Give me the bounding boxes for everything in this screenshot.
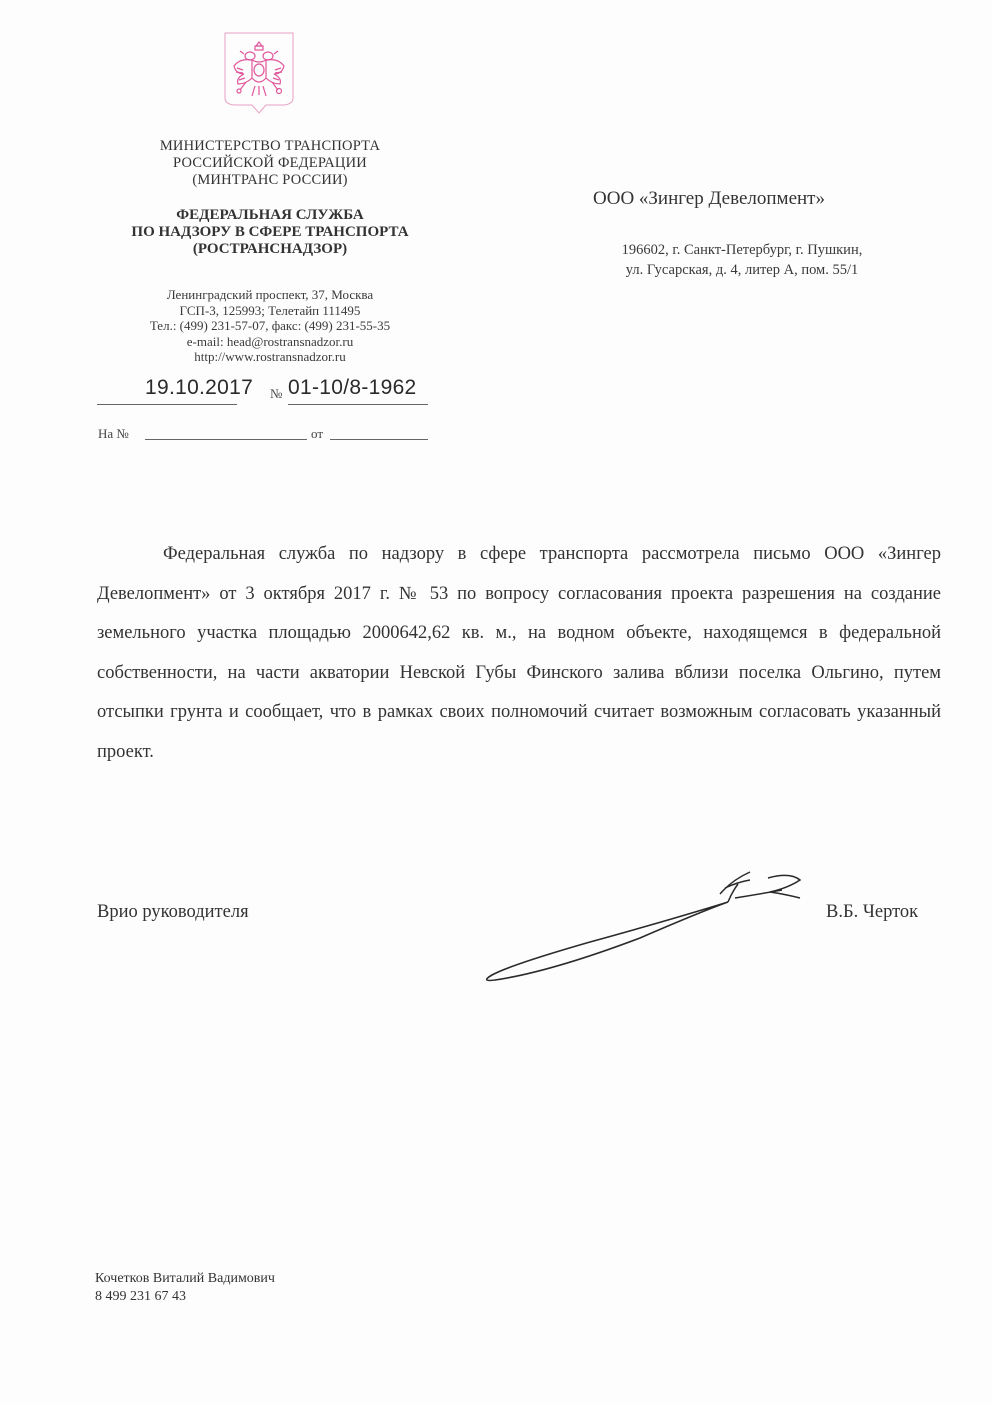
signatory-name: В.Б. Черток bbox=[826, 902, 918, 923]
number-underline bbox=[288, 404, 428, 405]
letter-body: Федеральная служба по надзору в сфере тр… bbox=[97, 535, 941, 772]
recipient-address-line: ул. Гусарская, д. 4, литер А, пом. 55/1 bbox=[592, 260, 892, 280]
contact-phone: Тел.: (499) 231-57-07, факс: (499) 231-5… bbox=[90, 318, 450, 334]
executor-name: Кочетков Виталий Вадимович bbox=[95, 1271, 275, 1287]
reference-number-label: На № bbox=[98, 426, 129, 442]
reference-date-field bbox=[330, 439, 428, 440]
service-line: ПО НАДЗОРУ В СФЕРЕ ТРАНСПОРТА bbox=[90, 224, 450, 241]
contact-website: http://www.rostransnadzor.ru bbox=[90, 349, 450, 365]
coat-of-arms-emblem bbox=[222, 30, 296, 116]
reference-date-label: от bbox=[311, 426, 323, 442]
ministry-name: МИНИСТЕРСТВО ТРАНСПОРТА РОССИЙСКОЙ ФЕДЕР… bbox=[90, 138, 450, 189]
contact-email: e-mail: head@rostransnadzor.ru bbox=[90, 334, 450, 350]
registration-date: 19.10.2017 bbox=[145, 376, 253, 400]
recipient-name: ООО «Зингер Девелопмент» bbox=[593, 188, 825, 210]
executor-phone: 8 499 231 67 43 bbox=[95, 1289, 186, 1305]
signature-icon bbox=[470, 850, 830, 990]
service-line: ФЕДЕРАЛЬНАЯ СЛУЖБА bbox=[90, 207, 450, 224]
contact-postal: ГСП-3, 125993; Телетайп 111495 bbox=[90, 303, 450, 319]
ministry-line: РОССИЙСКОЙ ФЕДЕРАЦИИ bbox=[90, 155, 450, 172]
signatory-title: Врио руководителя bbox=[97, 902, 249, 923]
number-sign-label: № bbox=[270, 386, 282, 402]
ministry-line: МИНИСТЕРСТВО ТРАНСПОРТА bbox=[90, 138, 450, 155]
double-headed-eagle-icon bbox=[222, 30, 296, 116]
recipient-address-line: 196602, г. Санкт-Петербург, г. Пушкин, bbox=[592, 240, 892, 260]
reference-number-field bbox=[145, 439, 307, 440]
recipient-address: 196602, г. Санкт-Петербург, г. Пушкин, у… bbox=[592, 240, 892, 280]
sender-contacts: Ленинградский проспект, 37, Москва ГСП-3… bbox=[90, 287, 450, 365]
contact-address: Ленинградский проспект, 37, Москва bbox=[90, 287, 450, 303]
service-line: (РОСТРАНСНАДЗОР) bbox=[90, 241, 450, 258]
handwritten-signature bbox=[470, 850, 830, 990]
ministry-line: (МИНТРАНС РОССИИ) bbox=[90, 172, 450, 189]
service-name: ФЕДЕРАЛЬНАЯ СЛУЖБА ПО НАДЗОРУ В СФЕРЕ ТР… bbox=[90, 207, 450, 258]
registration-number: 01-10/8-1962 bbox=[288, 376, 417, 400]
date-underline bbox=[97, 404, 237, 405]
